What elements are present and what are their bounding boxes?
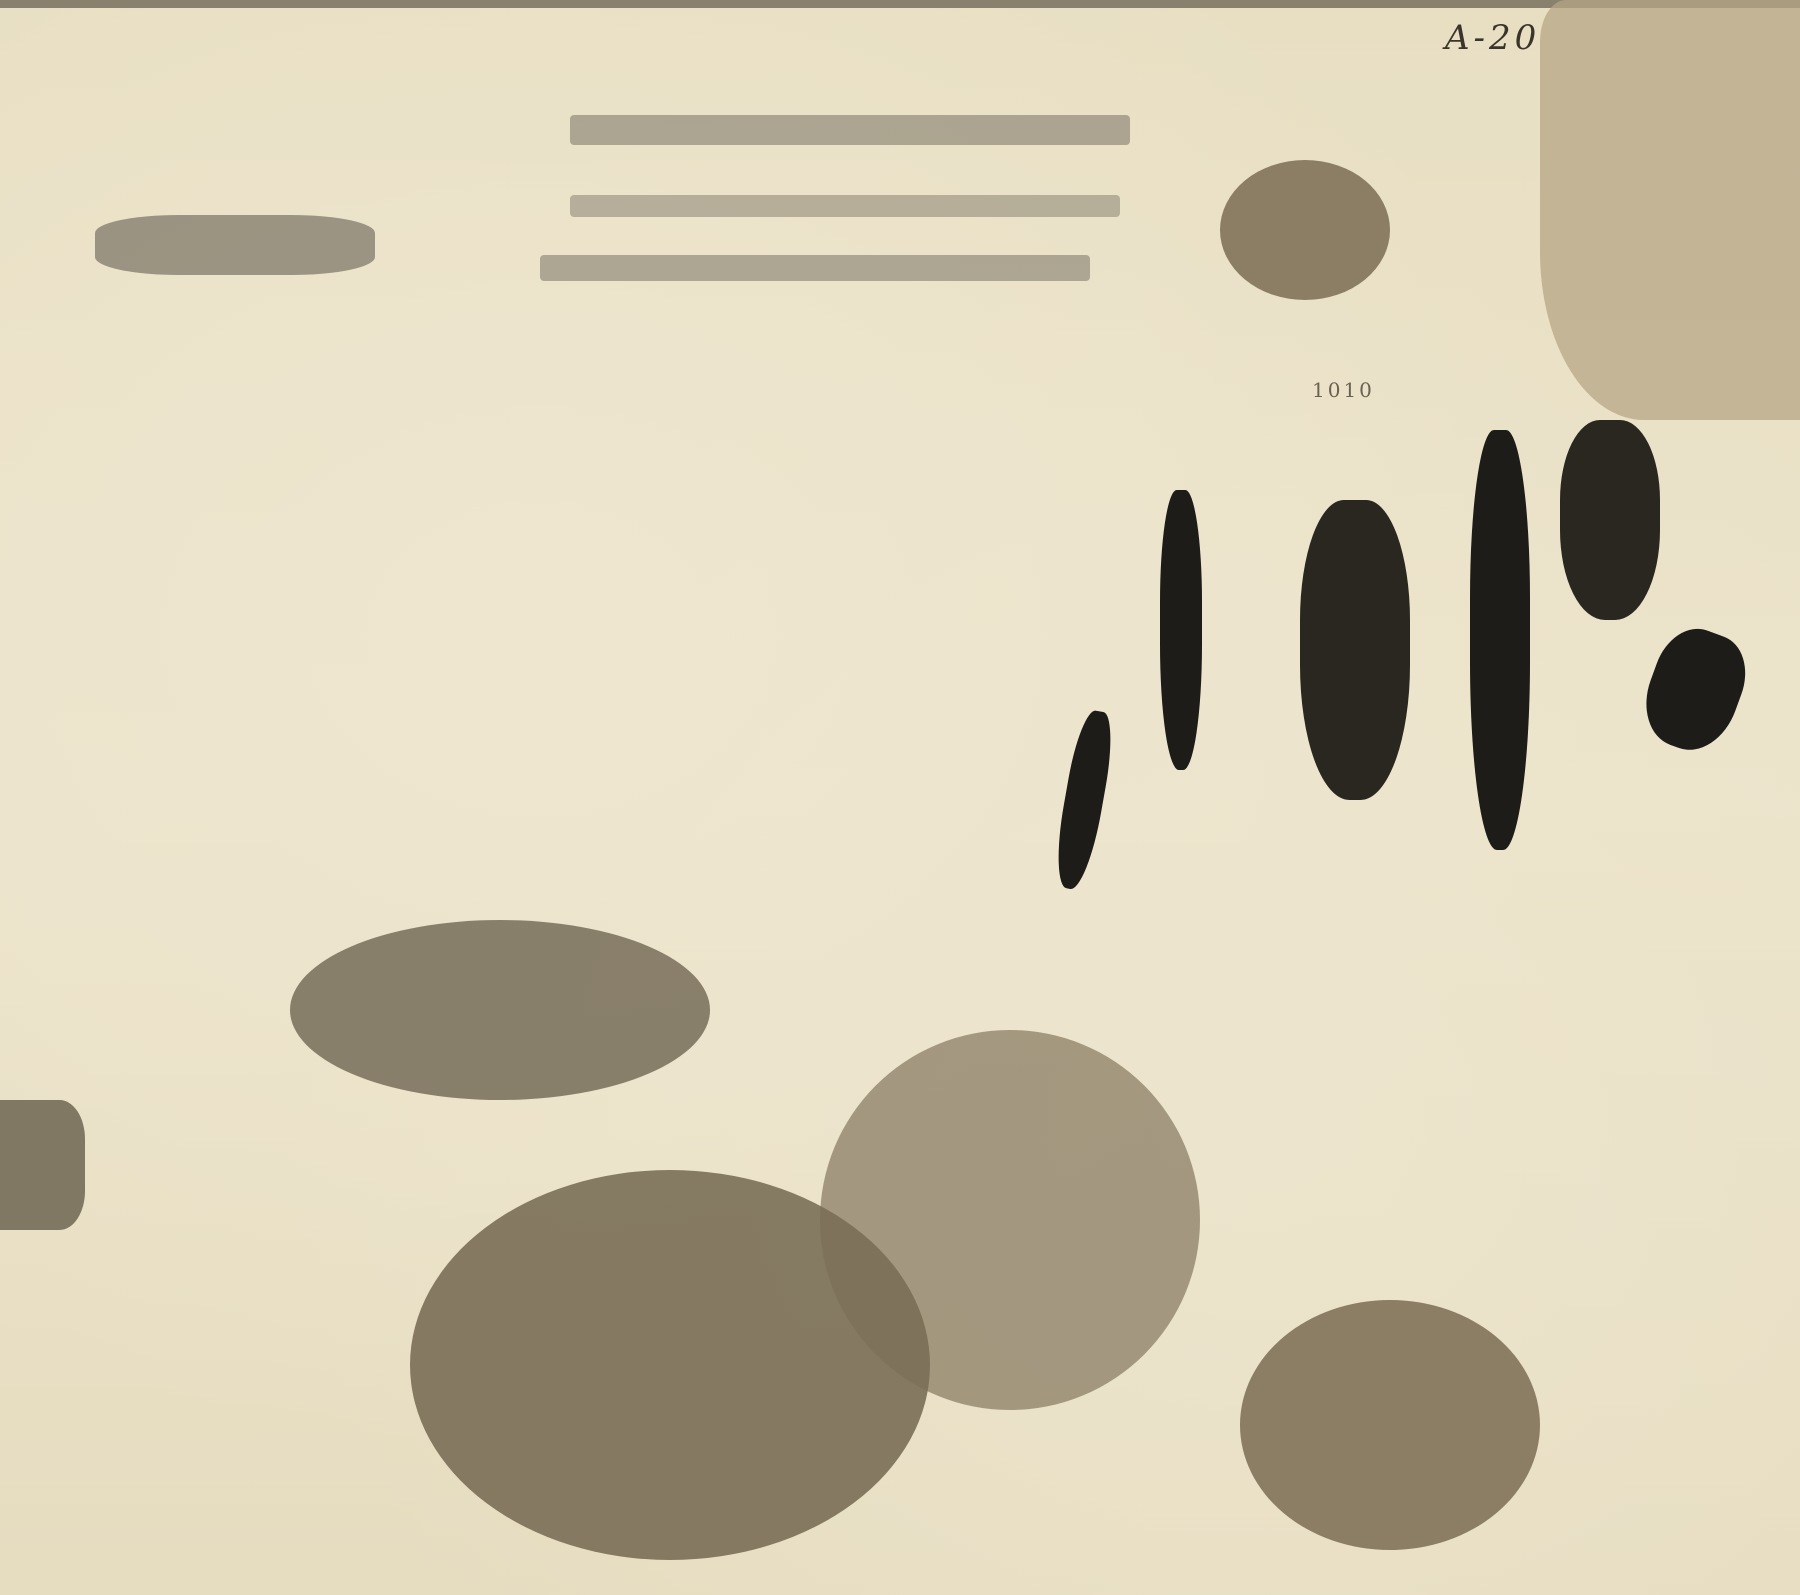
canvas-top-edge <box>0 0 1800 8</box>
black-stroke-6 <box>1632 618 1758 762</box>
painting-canvas: A-20 1010 <box>0 0 1800 1595</box>
umber-blob-large <box>410 1170 930 1560</box>
umber-patch-left-edge <box>0 1100 85 1230</box>
numeric-scribble: 1010 <box>1312 378 1375 402</box>
black-stroke-3 <box>1300 500 1410 800</box>
umber-blob-top <box>1220 160 1390 300</box>
umber-blob-bottom-right <box>1240 1300 1540 1550</box>
ochre-patch-top-right <box>1540 0 1800 420</box>
scribble-line-3 <box>540 255 1090 281</box>
scribble-line-2 <box>570 195 1120 217</box>
scribble-line-1 <box>570 115 1130 145</box>
inscription-a20: A-20 <box>1445 18 1540 58</box>
black-stroke-4 <box>1470 430 1530 850</box>
black-stroke-1 <box>1160 490 1202 770</box>
black-stroke-2 <box>1050 708 1119 892</box>
black-stroke-5 <box>1560 420 1660 620</box>
umber-blob-left <box>290 920 710 1100</box>
scribble-cluster-left <box>95 215 375 275</box>
